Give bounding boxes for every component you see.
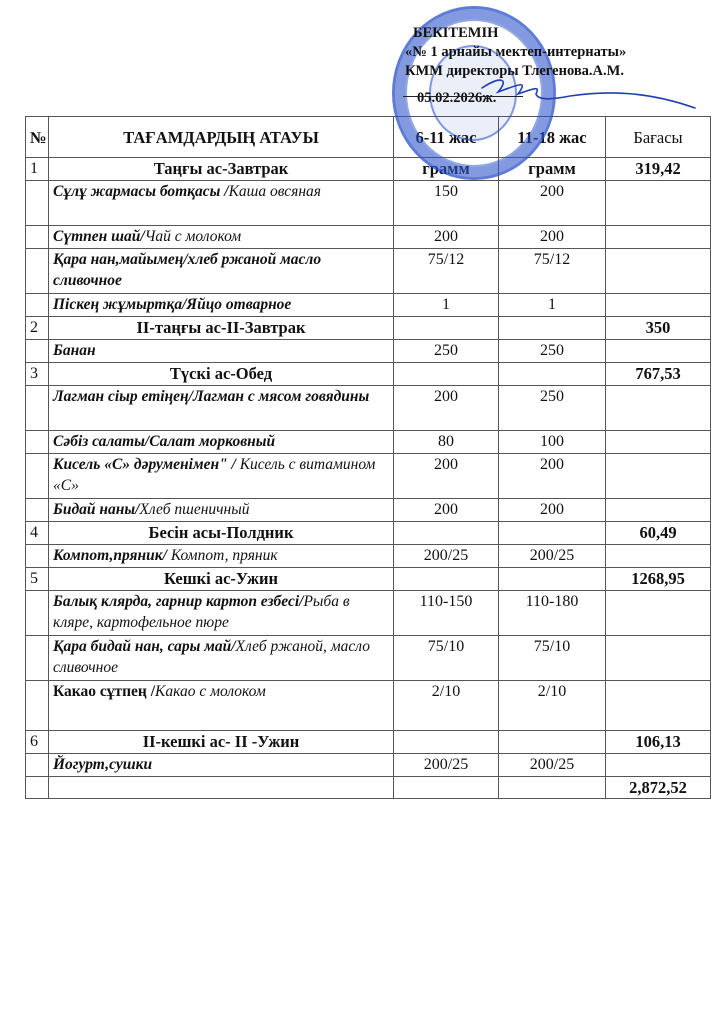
dish-name: Бидай наны/Хлеб пшеничный (49, 499, 394, 522)
qty-6-11: 200 (394, 226, 499, 249)
dish-num (26, 181, 49, 226)
dish-row: Сүтпен шай/Чай с молоком200200 (26, 226, 711, 249)
dish-row: Бидай наны/Хлеб пшеничный200200 (26, 499, 711, 522)
dish-name: Банан (49, 340, 394, 363)
qty-11-18: 1 (499, 294, 606, 317)
header-age-6-11: 6-11 жас (394, 117, 499, 158)
dish-price (606, 249, 711, 294)
header-price: Бағасы (606, 117, 711, 158)
total-empty-cell (49, 777, 394, 799)
dish-row: Банан250250 (26, 340, 711, 363)
meal-title: Түскі ас-Обед (49, 363, 394, 386)
qty-6-11: 200 (394, 499, 499, 522)
dish-name: Сұлұ жармасы ботқасы /Каша овсяная (49, 181, 394, 226)
qty-11-18: 75/12 (499, 249, 606, 294)
dish-name-kz: Сұлұ жармасы ботқасы / (53, 183, 229, 200)
meal-price: 319,42 (606, 158, 711, 181)
dish-row: Сәбіз салаты/Салат морковный80100 (26, 431, 711, 454)
dish-price (606, 181, 711, 226)
dish-num (26, 226, 49, 249)
signature-line (403, 96, 523, 97)
dish-name-ru: Каша овсяная (229, 183, 321, 200)
dish-name-kz: Йогурт,сушки (53, 756, 152, 773)
header-age-11-18: 11-18 жас (499, 117, 606, 158)
unit-6-11 (394, 363, 499, 386)
dish-name-ru: Хлеб пшеничный (139, 501, 249, 518)
dish-name: Какао сұтпең /Какао с молоком (49, 681, 394, 731)
unit-11-18 (499, 363, 606, 386)
meal-number: 1 (26, 158, 49, 181)
dish-name-kz: Сүтпен шай/ (53, 228, 145, 245)
dish-name-kz: Какао сұтпең / (53, 683, 155, 700)
dish-name: Лагман сіыр етіңең/Лагман с мясом говяди… (49, 386, 394, 431)
unit-6-11: грамм (394, 158, 499, 181)
dish-price (606, 386, 711, 431)
meal-number: 5 (26, 568, 49, 591)
qty-11-18: 200 (499, 454, 606, 499)
unit-11-18 (499, 568, 606, 591)
dish-name-kz: Компот,пряник/ (53, 547, 167, 564)
unit-6-11 (394, 317, 499, 340)
dish-row: Піскең жұмыртқа/Яйцо отварное11 (26, 294, 711, 317)
dish-row: Сұлұ жармасы ботқасы /Каша овсяная150200 (26, 181, 711, 226)
qty-11-18: 75/10 (499, 636, 606, 681)
total-price: 2,872,52 (606, 777, 711, 799)
dish-num (26, 386, 49, 431)
dish-price (606, 340, 711, 363)
dish-name: Сүтпен шай/Чай с молоком (49, 226, 394, 249)
qty-11-18: 200 (499, 499, 606, 522)
unit-11-18 (499, 317, 606, 340)
meal-price: 1268,95 (606, 568, 711, 591)
dish-num (26, 545, 49, 568)
unit-6-11 (394, 522, 499, 545)
dish-num (26, 681, 49, 731)
dish-name: Кисель «С» дәруменімен" / Кисель с витам… (49, 454, 394, 499)
unit-11-18 (499, 522, 606, 545)
dish-row: Лагман сіыр етіңең/Лагман с мясом говяди… (26, 386, 711, 431)
qty-6-11: 110-150 (394, 591, 499, 636)
header-name: ТАҒАМДАРДЫҢ АТАУЫ (49, 117, 394, 158)
meal-price: 350 (606, 317, 711, 340)
dish-row: Қара нан,майымең/хлеб ржаной масло сливо… (26, 249, 711, 294)
dish-price (606, 681, 711, 731)
qty-6-11: 200 (394, 454, 499, 499)
qty-11-18: 2/10 (499, 681, 606, 731)
qty-11-18: 100 (499, 431, 606, 454)
dish-num (26, 754, 49, 777)
qty-6-11: 200 (394, 386, 499, 431)
dish-name: Қара бидай нан, сары май/Хлеб ржаной, ма… (49, 636, 394, 681)
meal-row: 4Бесін асы-Полдник60,49 (26, 522, 711, 545)
qty-11-18: 250 (499, 386, 606, 431)
dish-row: Компот,пряник/ Компот, пряник200/25200/2… (26, 545, 711, 568)
header-num: № (26, 117, 49, 158)
dish-price (606, 454, 711, 499)
dish-price (606, 294, 711, 317)
total-row: 2,872,52 (26, 777, 711, 799)
dish-num (26, 340, 49, 363)
dish-price (606, 226, 711, 249)
meal-title: ІІ-кешкі ас- ІІ -Ужин (49, 731, 394, 754)
dish-name: Қара нан,майымең/хлеб ржаной масло сливо… (49, 249, 394, 294)
dish-price (606, 591, 711, 636)
dish-num (26, 636, 49, 681)
total-empty-cell (26, 777, 49, 799)
dish-name-kz: Балық клярда, гарнир картоп езбесі/ (53, 593, 303, 610)
dish-name-kz: Сәбіз салаты/Салат морковный (53, 433, 275, 450)
dish-name-kz: Піскең жұмыртқа/Яйцо отварное (53, 296, 291, 313)
qty-6-11: 150 (394, 181, 499, 226)
qty-11-18: 200 (499, 181, 606, 226)
qty-11-18: 250 (499, 340, 606, 363)
dish-row: Какао сұтпең /Какао с молоком2/102/10 (26, 681, 711, 731)
total-empty-cell (499, 777, 606, 799)
dish-price (606, 545, 711, 568)
dish-row: Балық клярда, гарнир картоп езбесі/Рыба … (26, 591, 711, 636)
dish-name-kz: Лагман сіыр етіңең/Лагман с мясом говяди… (53, 388, 369, 405)
qty-6-11: 1 (394, 294, 499, 317)
approval-date: 05.02.2026ж. (405, 89, 705, 108)
meal-row: 6ІІ-кешкі ас- ІІ -Ужин106,13 (26, 731, 711, 754)
dish-name-kz: Кисель «С» дәруменімен" / (53, 456, 240, 473)
dish-price (606, 636, 711, 681)
dish-name-kz: Бидай наны/ (53, 501, 139, 518)
menu-body: 1Таңғы ас-Завтракграммграмм319,42Сұлұ жа… (26, 158, 711, 799)
dish-price (606, 499, 711, 522)
meal-number: 3 (26, 363, 49, 386)
qty-6-11: 75/12 (394, 249, 499, 294)
meal-title: Кешкі ас-Ужин (49, 568, 394, 591)
dish-name: Компот,пряник/ Компот, пряник (49, 545, 394, 568)
qty-11-18: 110-180 (499, 591, 606, 636)
approval-title: БЕКІТЕМІН (405, 24, 705, 43)
dish-num (26, 249, 49, 294)
meal-number: 2 (26, 317, 49, 340)
dish-num (26, 431, 49, 454)
dish-name-kz: Қара нан,майымең/хлеб ржаной масло сливо… (53, 251, 321, 289)
qty-6-11: 2/10 (394, 681, 499, 731)
meal-title: ІІ-таңғы ас-ІІ-Завтрак (49, 317, 394, 340)
dish-name-ru: Чай с молоком (145, 228, 241, 245)
qty-11-18: 200/25 (499, 754, 606, 777)
dish-name-kz: Қара бидай нан, сары май/ (53, 638, 236, 655)
dish-row: Йогурт,сушки200/25200/25 (26, 754, 711, 777)
qty-6-11: 250 (394, 340, 499, 363)
dish-price (606, 431, 711, 454)
unit-6-11 (394, 568, 499, 591)
dish-name: Йогурт,сушки (49, 754, 394, 777)
menu-table: № ТАҒАМДАРДЫҢ АТАУЫ 6-11 жас 11-18 жас Б… (25, 116, 711, 799)
dish-name-kz: Банан (53, 342, 96, 359)
dish-name: Балық клярда, гарнир картоп езбесі/Рыба … (49, 591, 394, 636)
qty-11-18: 200/25 (499, 545, 606, 568)
unit-6-11 (394, 731, 499, 754)
meal-row: 3Түскі ас-Обед767,53 (26, 363, 711, 386)
dish-name: Сәбіз салаты/Салат морковный (49, 431, 394, 454)
dish-price (606, 754, 711, 777)
meal-row: 1Таңғы ас-Завтракграммграмм319,42 (26, 158, 711, 181)
meal-row: 2ІІ-таңғы ас-ІІ-Завтрак350 (26, 317, 711, 340)
dish-row: Қара бидай нан, сары май/Хлеб ржаной, ма… (26, 636, 711, 681)
dish-name-ru: Какао с молоком (155, 683, 266, 700)
meal-number: 6 (26, 731, 49, 754)
dish-num (26, 454, 49, 499)
meal-price: 60,49 (606, 522, 711, 545)
dish-num (26, 499, 49, 522)
qty-6-11: 80 (394, 431, 499, 454)
qty-6-11: 75/10 (394, 636, 499, 681)
table-header-row: № ТАҒАМДАРДЫҢ АТАУЫ 6-11 жас 11-18 жас Б… (26, 117, 711, 158)
total-empty-cell (394, 777, 499, 799)
qty-6-11: 200/25 (394, 545, 499, 568)
meal-number: 4 (26, 522, 49, 545)
unit-11-18: грамм (499, 158, 606, 181)
meal-title: Таңғы ас-Завтрак (49, 158, 394, 181)
dish-row: Кисель «С» дәруменімен" / Кисель с витам… (26, 454, 711, 499)
approval-school: «№ 1 арнайы мектеп-интернаты» (405, 43, 705, 62)
dish-name-ru: Компот, пряник (167, 547, 278, 564)
dish-num (26, 294, 49, 317)
meal-price: 106,13 (606, 731, 711, 754)
approval-director: КММ директоры Тлегенова.А.М. (405, 62, 705, 81)
qty-11-18: 200 (499, 226, 606, 249)
meal-price: 767,53 (606, 363, 711, 386)
unit-11-18 (499, 731, 606, 754)
dish-name: Піскең жұмыртқа/Яйцо отварное (49, 294, 394, 317)
dish-num (26, 591, 49, 636)
qty-6-11: 200/25 (394, 754, 499, 777)
meal-title: Бесін асы-Полдник (49, 522, 394, 545)
meal-row: 5Кешкі ас-Ужин1268,95 (26, 568, 711, 591)
